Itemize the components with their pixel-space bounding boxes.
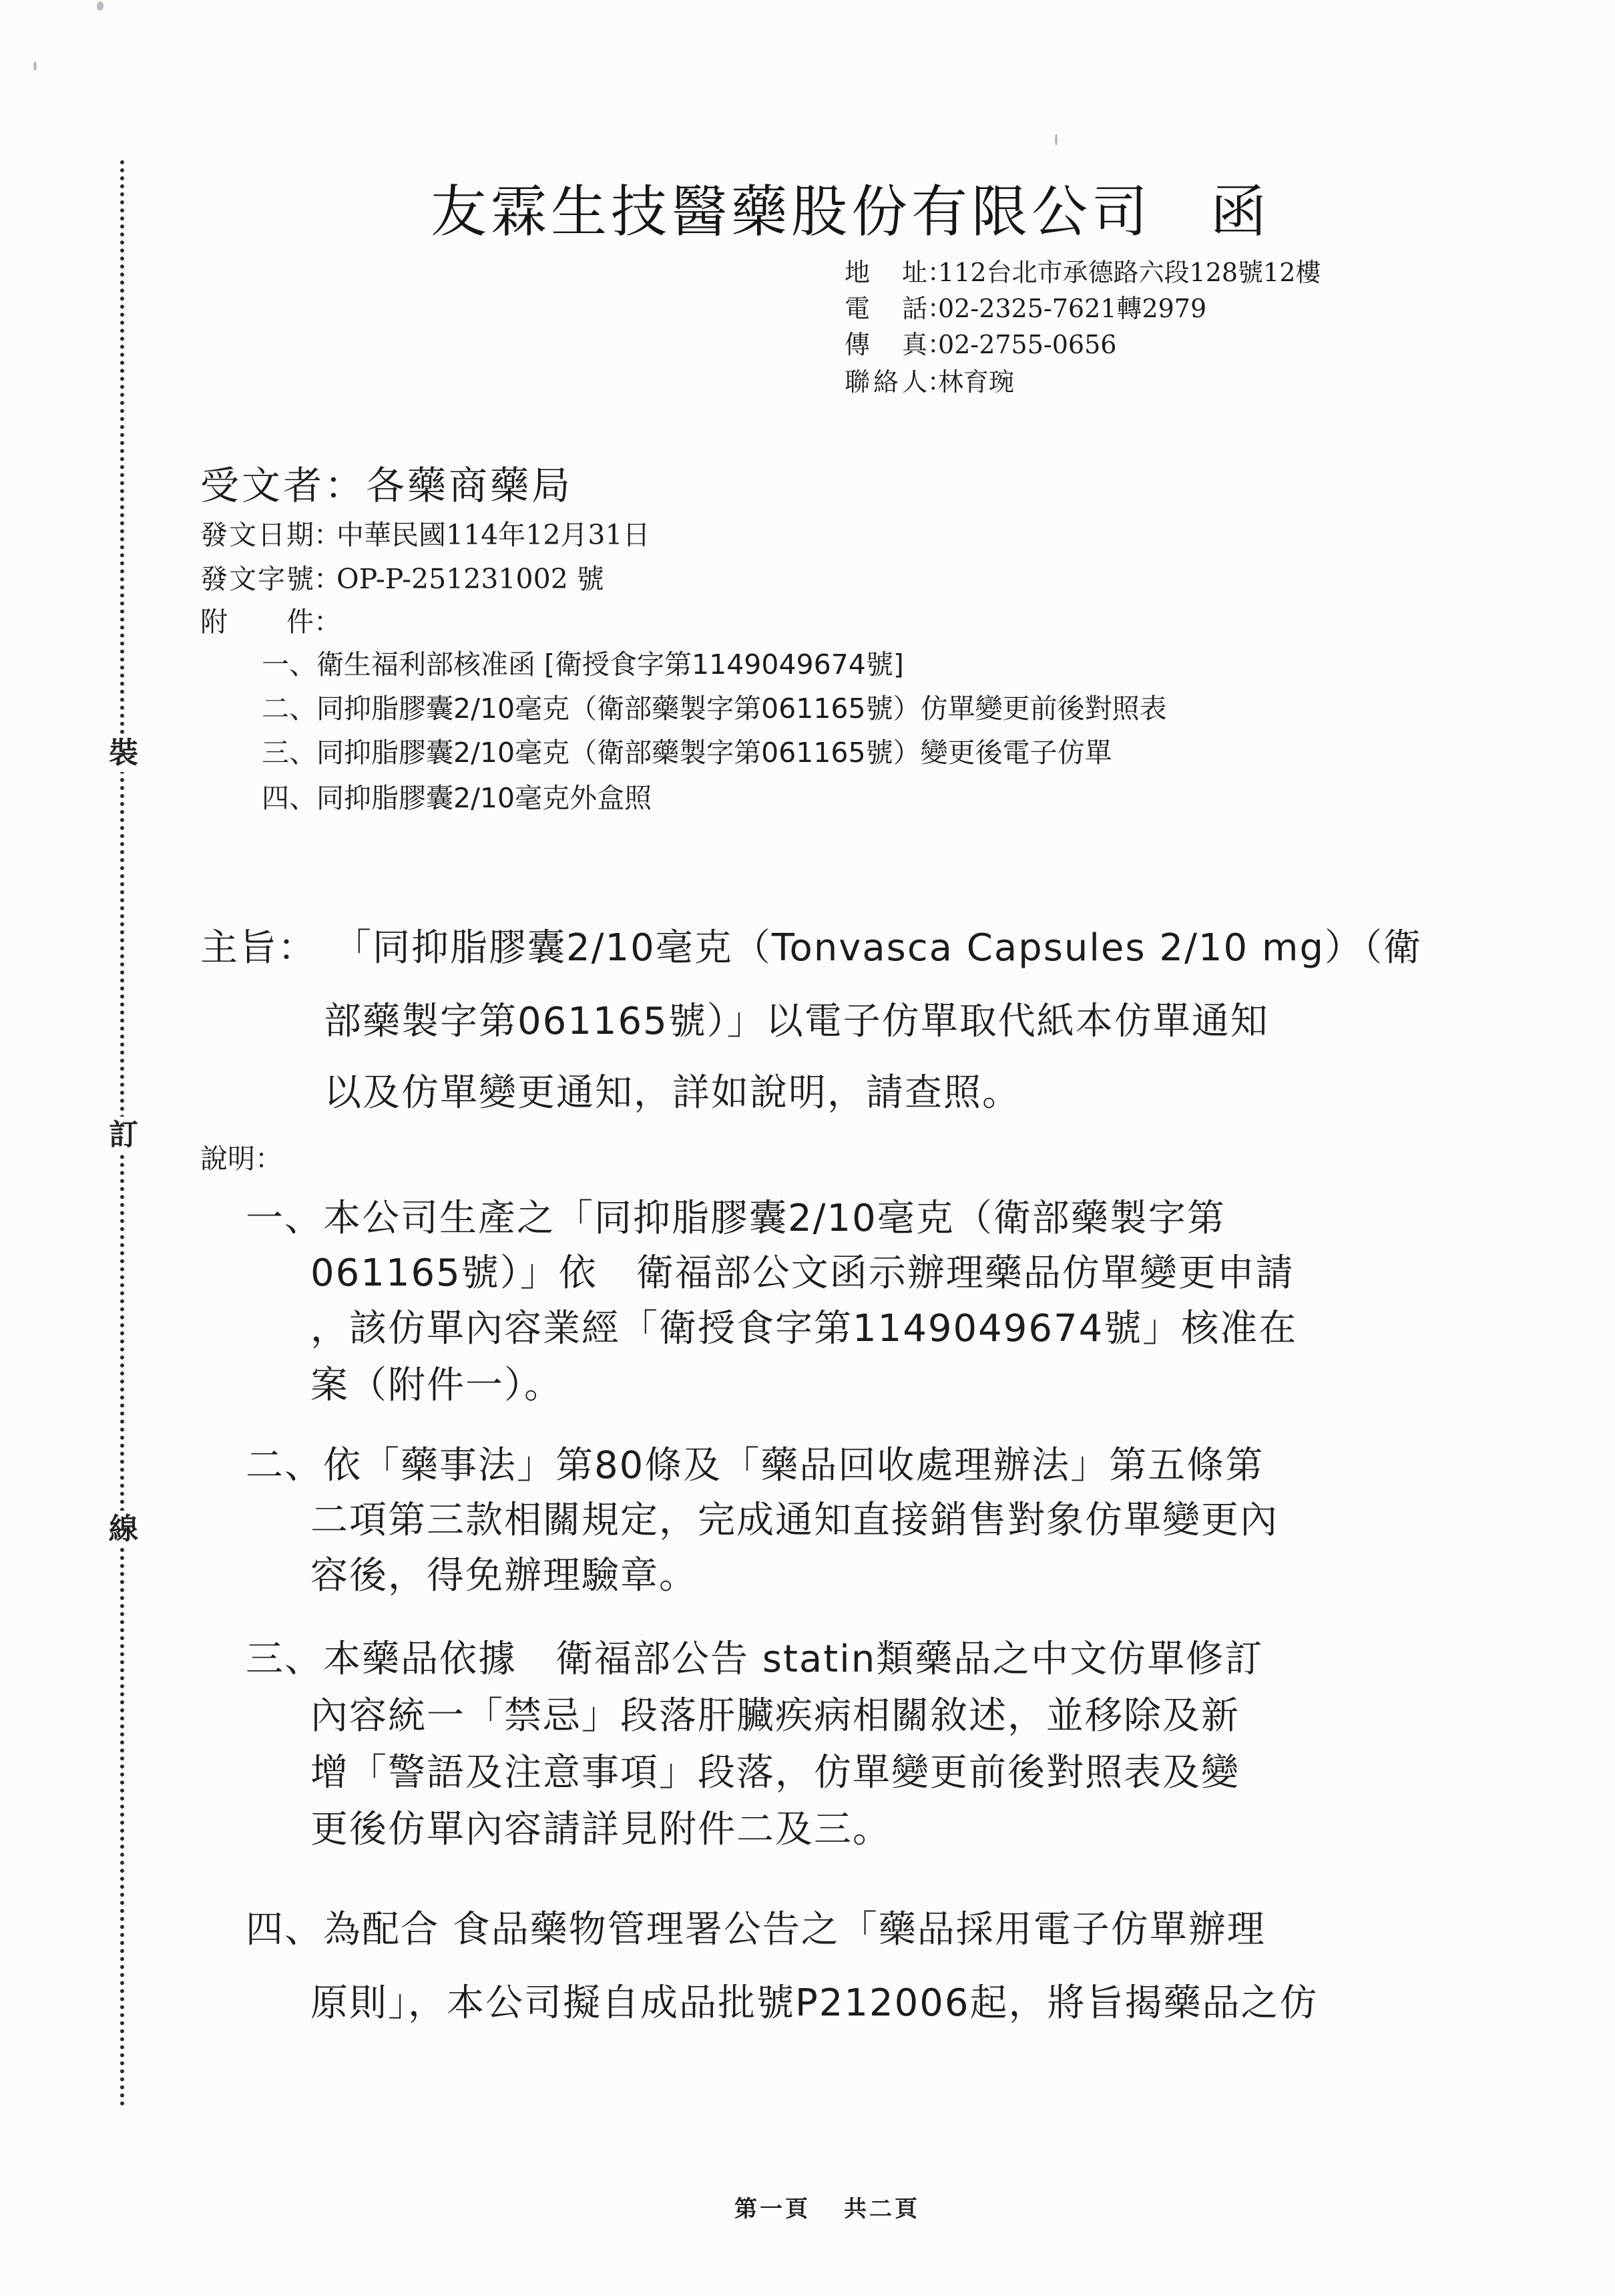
contact-phone: 電話：02-2325-7621轉2979	[845, 290, 1206, 327]
explanation-line: 更後仿單內容請詳見附件二及三。	[310, 1800, 891, 1853]
explanation-label: 說明：	[200, 1137, 282, 1176]
item-marker: 三、	[246, 1638, 323, 1681]
fax-label: 傳真	[845, 326, 927, 363]
issue-number-value: OP-P-251231002 號	[336, 563, 604, 595]
contact-fax: 傳真：02-2755-0656	[845, 326, 1116, 363]
explanation-item-3: 三、本藥品依據 衛福部公告 statin類藥品之中文仿單修訂	[246, 1630, 1263, 1683]
person-label: 聯絡人	[845, 363, 927, 401]
explanation-line: ，該仿單內容業經「衛授食字第1149049674號」核准在	[310, 1299, 1297, 1352]
letter-title: 友霖生技醫藥股份有限公司函	[431, 167, 1271, 248]
issue-number-label: 發文字號	[200, 557, 314, 596]
attachment-item: 四、同抑脂膠囊2/10毫克外盒照	[262, 776, 652, 815]
scan-speck	[33, 61, 37, 71]
issue-date: 發文日期：中華民國114年12月31日	[200, 513, 650, 552]
page-number: 第一頁	[734, 2196, 811, 2223]
recipient-value: 各藥商藥局	[366, 463, 573, 508]
page-footer: 第一頁共二頁	[734, 2190, 920, 2223]
fax-value: 02-2755-0656	[938, 330, 1116, 359]
attachment-item: 一、衛生福利部核准函 [衛授食字第1149049674號]	[262, 642, 904, 682]
explanation-line: 內容統一「禁忌」段落肝臟疾病相關敘述，並移除及新	[310, 1686, 1240, 1740]
address-label: 地址	[845, 254, 927, 291]
page-total: 共二頁	[844, 2196, 920, 2223]
binding-mark-zhuang: 裝	[107, 735, 140, 772]
scan-speck	[1055, 134, 1058, 146]
attachment-item: 二、同抑脂膠囊2/10毫克（衛部藥製字第061165號）仿單變更前後對照表	[262, 687, 1167, 726]
explanation-line: 增「警語及注意事項」段落，仿單變更前後對照表及變	[310, 1743, 1240, 1796]
subject-label: 主旨：	[200, 918, 316, 972]
explanation-item-4: 四、為配合 食品藥物管理署公告之「藥品採用電子仿單辦理	[246, 1900, 1266, 1953]
doc-type: 函	[1210, 179, 1271, 244]
person-value: 林育琬	[938, 367, 1014, 397]
issue-number: 發文字號：OP-P-251231002 號	[200, 557, 604, 596]
binding-mark-xian: 線	[107, 1511, 140, 1548]
explanation-line: 案（附件一）。	[310, 1356, 563, 1409]
company-name: 友霖生技醫藥股份有限公司	[431, 179, 1152, 244]
phone-label: 電話	[845, 290, 927, 327]
item-marker: 二、	[246, 1444, 323, 1487]
recipient: 受文者：各藥商藥局	[200, 454, 573, 510]
explanation-line: 二項第三款相關規定，完成通知直接銷售對象仿單變更內	[310, 1491, 1279, 1544]
phone-value: 02-2325-7621轉2979	[938, 294, 1206, 323]
subject-line: 以及仿單變更通知，詳如說明，請查照。	[324, 1063, 1021, 1117]
contact-address: 地址：112台北市承德路六段128號12樓	[845, 254, 1321, 291]
subject-line: 部藥製字第061165號）」以電子仿單取代紙本仿單通知	[324, 992, 1269, 1045]
scan-speck	[97, 1, 103, 11]
explanation-line: 容後，得免辦理驗章。	[310, 1546, 698, 1599]
binding-mark-ding: 訂	[107, 1117, 140, 1154]
contact-person: 聯絡人：林育琬	[845, 363, 1014, 401]
explanation-line: 061165號）」依 衛福部公文函示辦理藥品仿單變更申請	[310, 1243, 1295, 1297]
recipient-label: 受文者	[200, 463, 324, 508]
address-value: 112台北市承德路六段128號12樓	[938, 258, 1321, 287]
explanation-line: 原則」，本公司擬自成品批號P212006起，將旨揭藥品之仿	[310, 1973, 1319, 2027]
item-marker: 一、	[246, 1197, 323, 1240]
attachment-item: 三、同抑脂膠囊2/10毫克（衛部藥製字第061165號）變更後電子仿單	[262, 731, 1112, 770]
attachments-label: 附件	[200, 600, 314, 639]
item-marker: 四、	[246, 1908, 323, 1951]
attachments-heading: 附件：	[200, 600, 336, 639]
explanation-item-2: 二、依「藥事法」第80條及「藥品回收處理辦法」第五條第	[246, 1436, 1264, 1489]
subject-line: 「同抑脂膠囊2/10毫克（Tonvasca Capsules 2/10 mg）（…	[334, 918, 1422, 972]
explanation-item-1: 一、本公司生產之「同抑脂膠囊2/10毫克（衛部藥製字第	[246, 1189, 1226, 1242]
issue-date-value: 中華民國114年12月31日	[336, 519, 650, 551]
issue-date-label: 發文日期	[200, 513, 314, 552]
